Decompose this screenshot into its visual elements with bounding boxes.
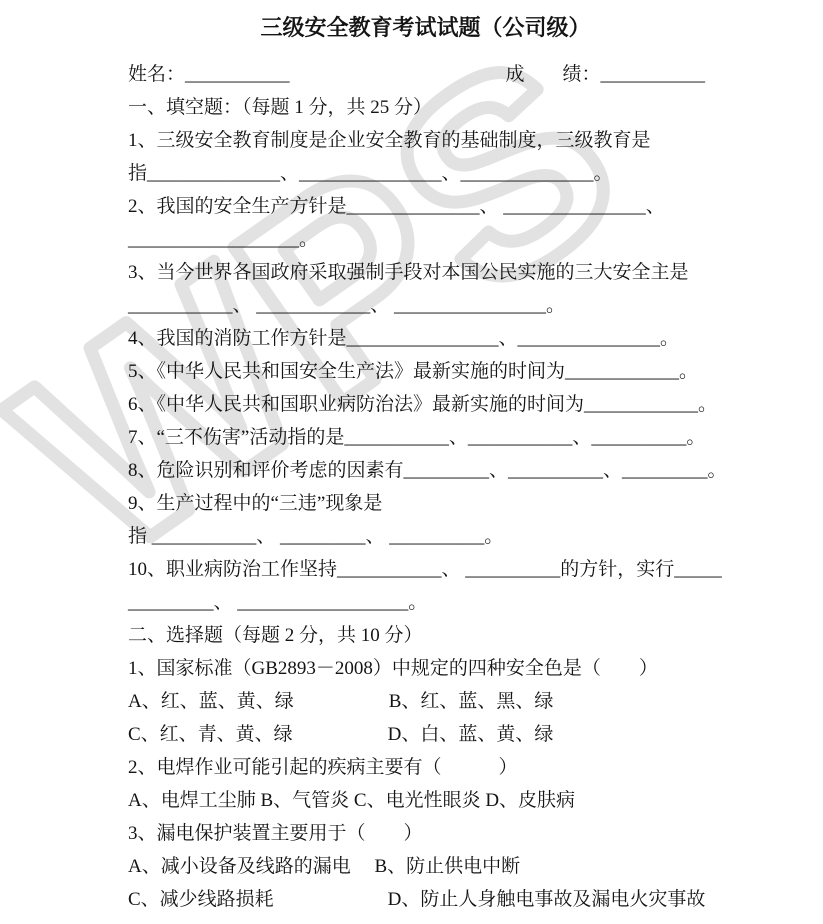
- fill-q8-line: 8、危险识别和评价考虑的因素有_________、__________、____…: [128, 454, 723, 487]
- choice-q1-options-cd: C、红、青、黄、绿 D、白、蓝、黄、绿: [128, 718, 723, 751]
- fill-q10-line2: _________、 __________________。: [128, 586, 723, 619]
- choice-q3-options-cd: C、减少线路损耗 D、防止人身触电事故及漏电火灾事故: [128, 883, 723, 916]
- exam-document-page: WPS 三级安全教育考试试题（公司级） 姓名：___________ 成 绩：_…: [0, 0, 823, 924]
- fill-q3-line2: ___________、 ____________、 _____________…: [128, 289, 723, 322]
- document-content: 三级安全教育考试试题（公司级） 姓名：___________ 成 绩：_____…: [0, 0, 823, 916]
- fill-section-heading: 一、填空题：（每题 1 分，共 25 分）: [128, 91, 723, 124]
- name-field: 姓名：___________: [128, 58, 290, 91]
- fill-q5-line: 5、《中华人民共和国安全生产法》最新实施的时间为____________。: [128, 355, 723, 388]
- choice-section-heading: 二、选择题（每题 2 分，共 10 分）: [128, 619, 723, 652]
- fill-q10-line1: 10、职业病防治工作坚持___________、 __________的方针，实…: [128, 553, 723, 586]
- choice-q2-line: 2、电焊作业可能引起的疾病主要有（ ）: [128, 751, 723, 784]
- score-field: 成 绩：___________: [505, 58, 705, 91]
- exam-title: 三级安全教育考试试题（公司级）: [128, 12, 723, 44]
- choice-q3-line: 3、漏电保护装置主要用于（ ）: [128, 817, 723, 850]
- fill-q2-line2: __________________。: [128, 223, 723, 256]
- name-score-line: 姓名：___________ 成 绩：___________: [128, 58, 723, 91]
- fill-q9-line2: 指 ___________、 _________、 __________。: [128, 520, 723, 553]
- fill-q2-line1: 2、我国的安全生产方针是______________、 ____________…: [128, 190, 723, 223]
- fill-q3-line1: 3、当今世界各国政府采取强制手段对本国公民实施的三大安全主是: [128, 256, 723, 289]
- fill-q6-line: 6、《中华人民共和国职业病防治法》最新实施的时间为____________。: [128, 388, 723, 421]
- choice-q1-options-ab: A、红、蓝、黄、绿 B、红、蓝、黑、绿: [128, 685, 723, 718]
- fill-q1-line2: 指______________、_______________、________…: [128, 157, 723, 190]
- fill-q7-line: 7、“三不伤害”活动指的是___________、___________、___…: [128, 421, 723, 454]
- fill-q4-line: 4、我国的消防工作方针是________________、___________…: [128, 322, 723, 355]
- fill-q9-line1: 9、生产过程中的“三违”现象是: [128, 487, 723, 520]
- choice-q3-options-ab: A、减小设备及线路的漏电 B、防止供电中断: [128, 850, 723, 883]
- choice-q1-line: 1、国家标准（GB2893－2008）中规定的四种安全色是（ ）: [128, 652, 723, 685]
- fill-q1-line1: 1、三级安全教育制度是企业安全教育的基础制度，三级教育是: [128, 124, 723, 157]
- choice-q2-options: A、电焊工尘肺 B、气管炎 C、电光性眼炎 D、皮肤病: [128, 784, 723, 817]
